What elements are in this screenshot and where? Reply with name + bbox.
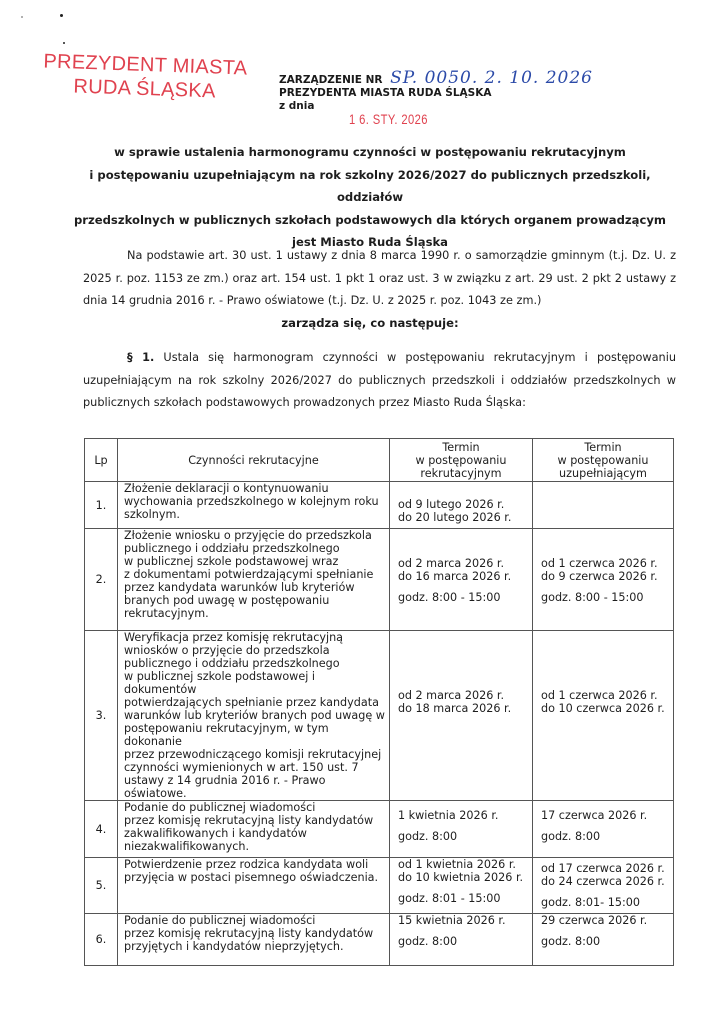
- activity-line: postępowaniu rekrutacyjnym, w tym dokona…: [124, 722, 385, 748]
- decree-number-line: ZARZĄDZENIE NR SP. 0050. 2. 10. 2026: [279, 72, 609, 87]
- term-date-line: od 2 marca 2026 r.: [398, 689, 528, 702]
- table-row: 6.Podanie do publicznej wiadomościprzez …: [85, 914, 674, 966]
- activity-line: publicznego i oddziału przedszkolnego: [124, 542, 385, 555]
- scan-speck: [60, 14, 63, 17]
- term-recruitment-cell: od 2 marca 2026 r.do 18 marca 2026 r.: [390, 631, 533, 801]
- activity-cell: Złożenie deklaracji o kontynuowaniuwycho…: [118, 482, 390, 529]
- header-line: w postępowaniu: [394, 454, 528, 467]
- section-marker: § 1.: [127, 351, 154, 364]
- activity-line: przyjęcia w postaci pisemnego oświadczen…: [124, 871, 385, 884]
- decree-number-handwritten: SP. 0050. 2. 10. 2026: [390, 68, 593, 88]
- activity-line: zakwalifikowanych i kandydatów: [124, 827, 385, 840]
- header-lp: Lp: [85, 439, 118, 482]
- term-date-line: 29 czerwca 2026 r.: [541, 914, 669, 927]
- term-date-line: do 10 kwietnia 2026 r.: [398, 871, 528, 884]
- term-recruitment-cell: od 2 marca 2026 r.do 16 marca 2026 r.god…: [390, 529, 533, 631]
- header-term-supplementary: Termin w postępowaniu uzupełniającym: [533, 439, 674, 482]
- term-hours: godz. 8:00 - 15:00: [398, 591, 528, 604]
- title-line: przedszkolnych w publicznych szkołach po…: [60, 209, 680, 232]
- decree-date-label: z dnia: [279, 100, 609, 113]
- term-recruitment-cell: 1 kwietnia 2026 r.godz. 8:00: [390, 801, 533, 858]
- term-supplementary-cell: 17 czerwca 2026 r.godz. 8:00: [533, 801, 674, 858]
- term-recruitment-cell: 15 kwietnia 2026 r.godz. 8:00: [390, 914, 533, 966]
- activity-line: z dokumentami potwierdzającymi spełniani…: [124, 568, 385, 581]
- term-recruitment-cell: od 9 lutego 2026 r.do 20 lutego 2026 r.: [390, 482, 533, 529]
- row-number: 3.: [85, 631, 118, 801]
- term-date-line: do 24 czerwca 2026 r.: [541, 875, 669, 888]
- activity-cell: Podanie do publicznej wiadomościprzez ko…: [118, 914, 390, 966]
- activity-line: Potwierdzenie przez rodzica kandydata wo…: [124, 858, 385, 871]
- decree-label: ZARZĄDZENIE NR: [279, 74, 382, 86]
- activity-line: wniosków o przyjęcie do przedszkola: [124, 644, 385, 657]
- activity-line: szkolnym.: [124, 508, 385, 521]
- activity-cell: Złożenie wniosku o przyjęcie do przedszk…: [118, 529, 390, 631]
- activity-line: branych pod uwagę w postępowaniu: [124, 594, 385, 607]
- activity-line: rekrutacyjnym.: [124, 607, 385, 620]
- term-hours: godz. 8:00: [541, 935, 669, 948]
- activity-line: Podanie do publicznej wiadomości: [124, 914, 385, 927]
- term-date-line: od 1 czerwca 2026 r.: [541, 689, 669, 702]
- header-term-recruitment: Termin w postępowaniu rekrutacyjnym: [390, 439, 533, 482]
- activity-line: Podanie do publicznej wiadomości: [124, 801, 385, 814]
- term-hours: godz. 8:01- 15:00: [541, 896, 669, 909]
- term-supplementary-cell: od 1 czerwca 2026 r.do 9 czerwca 2026 r.…: [533, 529, 674, 631]
- activity-line: publicznego i oddziału przedszkolnego: [124, 657, 385, 670]
- term-date-line: od 9 lutego 2026 r.: [398, 498, 528, 511]
- scan-speck: [21, 16, 23, 18]
- table-row: 2.Złożenie wniosku o przyjęcie do przeds…: [85, 529, 674, 631]
- activity-line: czynności wymienionych w art. 150 ust. 7: [124, 761, 385, 774]
- term-date-line: od 1 czerwca 2026 r.: [541, 557, 669, 570]
- header-line: uzupełniającym: [537, 467, 669, 480]
- activity-line: niezakwalifikowanych.: [124, 840, 385, 853]
- table-row: 1.Złożenie deklaracji o kontynuowaniuwyc…: [85, 482, 674, 529]
- term-supplementary-cell: [533, 482, 674, 529]
- term-date-line: od 17 czerwca 2026 r.: [541, 862, 669, 875]
- office-stamp: PREZYDENT MIASTA RUDA ŚLĄSKA: [39, 49, 251, 104]
- term-recruitment-cell: od 1 kwietnia 2026 r.do 10 kwietnia 2026…: [390, 858, 533, 914]
- term-date-line: 17 czerwca 2026 r.: [541, 809, 669, 822]
- activity-line: w publicznej szkole podstawowej i dokume…: [124, 670, 385, 696]
- term-supplementary-cell: od 1 czerwca 2026 r.do 10 czerwca 2026 r…: [533, 631, 674, 801]
- header-line: Termin: [537, 441, 669, 454]
- header-line: w postępowaniu: [537, 454, 669, 467]
- activity-line: przez kandydata warunków lub kryteriów: [124, 581, 385, 594]
- row-number: 2.: [85, 529, 118, 631]
- date-stamp: 1 6. STY. 2026: [349, 111, 428, 127]
- section-1-paragraph: § 1. Ustala się harmonogram czynności w …: [83, 347, 676, 415]
- header-line: Termin: [394, 441, 528, 454]
- term-supplementary-cell: 29 czerwca 2026 r.godz. 8:00: [533, 914, 674, 966]
- activity-line: Złożenie wniosku o przyjęcie do przedszk…: [124, 529, 385, 542]
- term-hours: godz. 8:00: [541, 830, 669, 843]
- header-line: rekrutacyjnym: [394, 467, 528, 480]
- term-hours: godz. 8:00: [398, 830, 528, 843]
- decree-issuer: PREZYDENTA MIASTA RUDA ŚLĄSKA: [279, 87, 609, 100]
- activity-line: przyjętych i kandydatów nieprzyjętych.: [124, 940, 385, 953]
- activity-line: wychowania przedszkolnego w kolejnym rok…: [124, 495, 385, 508]
- term-hours: godz. 8:00 - 15:00: [541, 591, 669, 604]
- table-row: 4.Podanie do publicznej wiadomościprzez …: [85, 801, 674, 858]
- activity-line: przez komisję rekrutacyjną listy kandyda…: [124, 927, 385, 940]
- row-number: 4.: [85, 801, 118, 858]
- activity-line: w publicznej szkole podstawowej wraz: [124, 555, 385, 568]
- term-date-line: do 10 czerwca 2026 r.: [541, 702, 669, 715]
- term-date-line: do 18 marca 2026 r.: [398, 702, 528, 715]
- activity-cell: Podanie do publicznej wiadomościprzez ko…: [118, 801, 390, 858]
- scan-speck: [63, 42, 65, 44]
- term-supplementary-cell: od 17 czerwca 2026 r.do 24 czerwca 2026 …: [533, 858, 674, 914]
- term-date-line: do 20 lutego 2026 r.: [398, 511, 528, 524]
- activity-cell: Potwierdzenie przez rodzica kandydata wo…: [118, 858, 390, 914]
- row-number: 6.: [85, 914, 118, 966]
- schedule-table: Lp Czynności rekrutacyjne Termin w postę…: [84, 438, 674, 966]
- term-date-line: 15 kwietnia 2026 r.: [398, 914, 528, 927]
- activity-line: przez komisję rekrutacyjną listy kandyda…: [124, 814, 385, 827]
- activity-cell: Weryfikacja przez komisję rekrutacyjnąwn…: [118, 631, 390, 801]
- term-date-line: do 9 czerwca 2026 r.: [541, 570, 669, 583]
- row-number: 1.: [85, 482, 118, 529]
- activity-line: Weryfikacja przez komisję rekrutacyjną: [124, 631, 385, 644]
- term-hours: godz. 8:00: [398, 935, 528, 948]
- activity-line: potwierdzających spełnianie przez kandyd…: [124, 696, 385, 709]
- activity-line: ustawy z 14 grudnia 2016 r. - Prawo oświ…: [124, 774, 385, 800]
- table-row: 5.Potwierdzenie przez rodzica kandydata …: [85, 858, 674, 914]
- term-date-line: do 16 marca 2026 r.: [398, 570, 528, 583]
- table-header-row: Lp Czynności rekrutacyjne Termin w postę…: [85, 439, 674, 482]
- term-date-line: od 1 kwietnia 2026 r.: [398, 858, 528, 871]
- term-date-line: 1 kwietnia 2026 r.: [398, 809, 528, 822]
- section-1-text: Ustala się harmonogram czynności w postę…: [83, 351, 676, 409]
- title-line: w sprawie ustalenia harmonogramu czynnoś…: [60, 141, 680, 164]
- legal-basis-paragraph: Na podstawie art. 30 ust. 1 ustawy z dni…: [83, 245, 676, 313]
- term-hours: godz. 8:01 - 15:00: [398, 892, 528, 905]
- activity-line: przez przewodniczącego komisji rekrutacy…: [124, 748, 385, 761]
- decree-header: ZARZĄDZENIE NR SP. 0050. 2. 10. 2026 PRE…: [279, 72, 609, 113]
- row-number: 5.: [85, 858, 118, 914]
- table-row: 3.Weryfikacja przez komisję rekrutacyjną…: [85, 631, 674, 801]
- header-activity: Czynności rekrutacyjne: [118, 439, 390, 482]
- activity-line: Złożenie deklaracji o kontynuowaniu: [124, 482, 385, 495]
- document-title: w sprawie ustalenia harmonogramu czynnoś…: [60, 141, 680, 254]
- decree-phrase: zarządza się, co następuje:: [60, 316, 680, 330]
- title-line: i postępowaniu uzupełniającym na rok szk…: [60, 164, 680, 209]
- term-date-line: od 2 marca 2026 r.: [398, 557, 528, 570]
- activity-line: warunków lub kryteriów branych pod uwagę…: [124, 709, 385, 722]
